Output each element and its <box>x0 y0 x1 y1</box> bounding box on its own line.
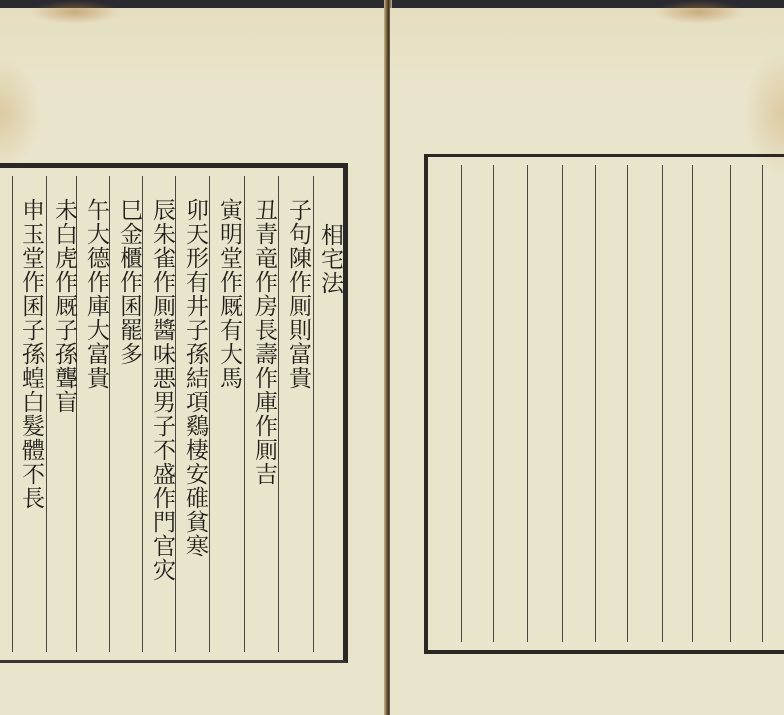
text-column-si: 巳金櫃作囷罷多 <box>114 198 144 366</box>
column-rule <box>730 165 731 642</box>
column-rule <box>493 165 494 642</box>
text-column-zi: 子句陳作厠則富貴 <box>283 198 313 390</box>
text-column-chen: 辰朱雀作厠醬味悪男子不盛作門官灾 <box>147 198 177 582</box>
text-column-yin: 寅明堂作厩有大馬 <box>214 198 244 390</box>
text-column-chou: 丑青竜作房長壽作庫作厠吉 <box>249 198 279 486</box>
column-rule <box>46 176 47 652</box>
column-rule <box>12 176 13 652</box>
left-page-frame: 相宅法 子句陳作厠則富貴 丑青竜作房長壽作庫作厠吉 寅明堂作厩有大馬 卯天形有井… <box>0 163 348 663</box>
column-rule <box>627 165 628 642</box>
column-rule <box>244 176 245 652</box>
book-spread: 相宅法 子句陳作厠則富貴 丑青竜作房長壽作庫作厠吉 寅明堂作厩有大馬 卯天形有井… <box>0 0 784 715</box>
column-rule <box>527 165 528 642</box>
text-column-wu: 午大德作庫大富貴 <box>81 198 111 390</box>
water-stain <box>30 0 120 24</box>
column-rule <box>692 165 693 642</box>
text-column-wei: 未白虎作厩子孫聾盲 <box>49 198 79 414</box>
text-column-shen: 申玉堂作囷子孫蝗白髮體不長 <box>16 198 46 510</box>
column-rule <box>662 165 663 642</box>
column-rule <box>595 165 596 642</box>
right-page-frame <box>424 154 784 654</box>
left-page: 相宅法 子句陳作厠則富貴 丑青竜作房長壽作庫作厠吉 寅明堂作厩有大馬 卯天形有井… <box>0 8 386 715</box>
column-rule <box>562 165 563 642</box>
column-rule <box>461 165 462 642</box>
column-rule <box>313 176 314 652</box>
text-column-mao: 卯天形有井子孫結項鷄棲安碓貧寒 <box>180 198 210 558</box>
section-title: 相宅法 <box>315 223 345 295</box>
column-rule <box>762 165 763 642</box>
water-stain <box>654 0 744 24</box>
